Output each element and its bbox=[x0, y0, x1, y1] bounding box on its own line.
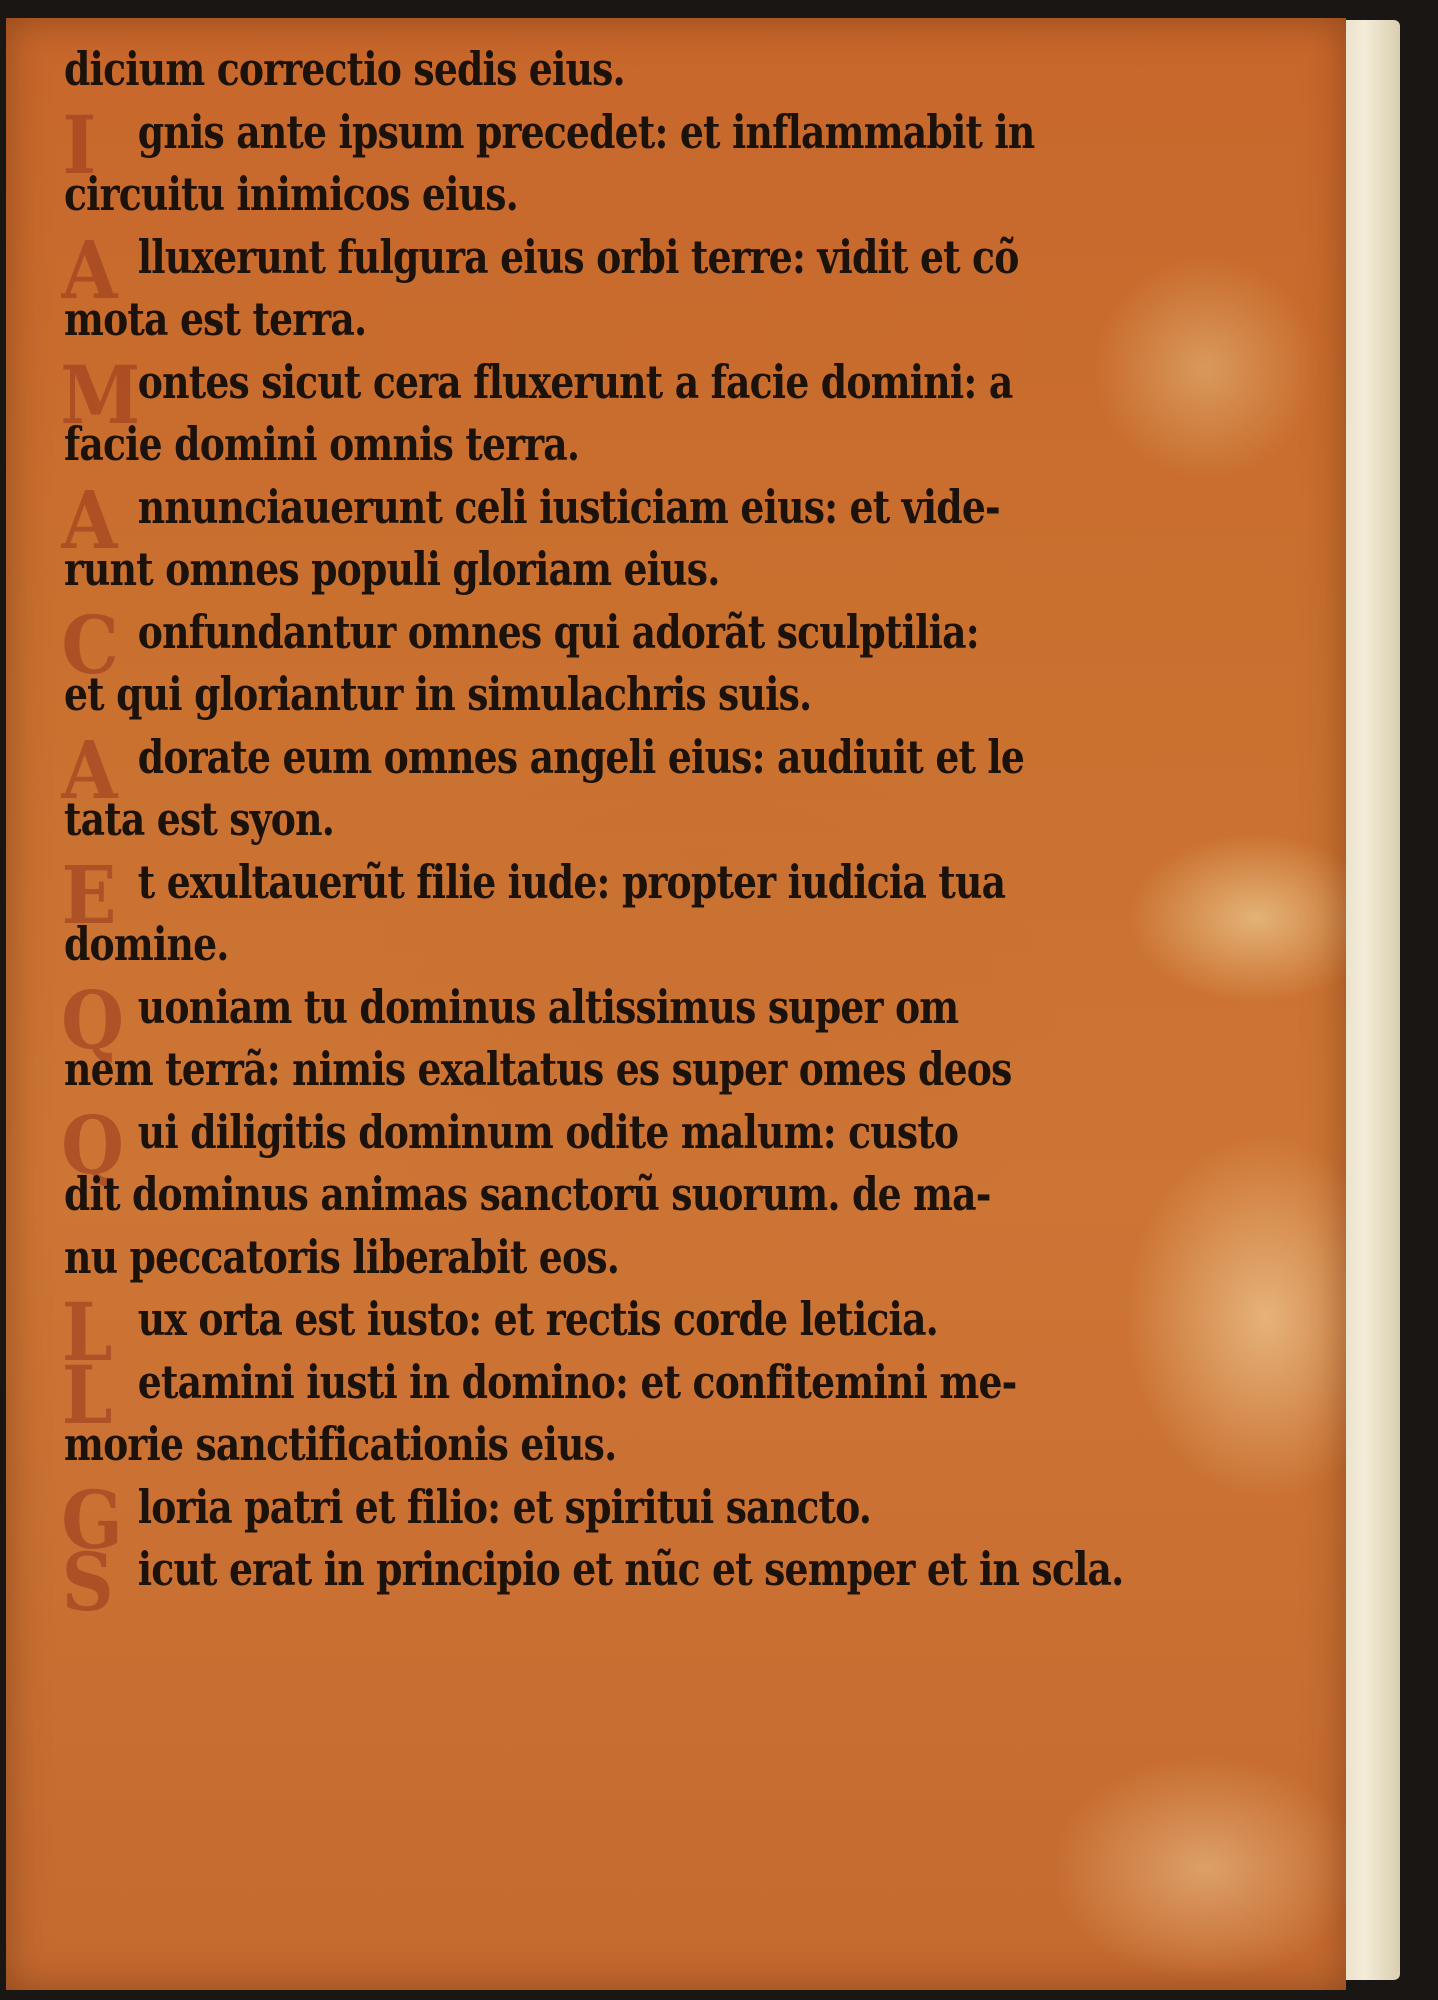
text-line: nem terrã: nimis exaltatus es super omes… bbox=[64, 1038, 1081, 1101]
line-text: ontes sicut cera fluxerunt a facie domin… bbox=[138, 355, 1013, 409]
line-text: gnis ante ipsum precedet: et inflammabit… bbox=[138, 105, 1035, 159]
line-text: nnunciauerunt celi iusticiam eius: et vi… bbox=[138, 480, 1000, 534]
line-text: et qui gloriantur in simulachris suis. bbox=[64, 667, 811, 721]
line-text: dorate eum omnes angeli eius: audiuit et… bbox=[138, 730, 1024, 784]
text-line: Gloria patri et filio: et spiritui sanct… bbox=[64, 1476, 1081, 1539]
page-edges bbox=[1340, 20, 1400, 1980]
text-line: Qui diligitis dominum odite malum: custo bbox=[64, 1101, 1081, 1164]
line-text: circuitu inimicos eius. bbox=[64, 167, 518, 221]
text-line: Et exultauerũt filie iude: propter iudic… bbox=[64, 851, 1081, 914]
line-text: loria patri et filio: et spiritui sancto… bbox=[138, 1480, 871, 1534]
line-text: ui diligitis dominum odite malum: custo bbox=[138, 1105, 958, 1159]
text-line: mota est terra. bbox=[64, 288, 1081, 351]
line-text: mota est terra. bbox=[64, 292, 366, 346]
text-line: Quoniam tu dominus altissimus super om bbox=[64, 976, 1081, 1039]
text-line: domine. bbox=[64, 913, 1081, 976]
line-text: nu peccatoris liberabit eos. bbox=[64, 1230, 619, 1284]
line-text: morie sanctificationis eius. bbox=[64, 1417, 616, 1471]
text-line: et qui gloriantur in simulachris suis. bbox=[64, 663, 1081, 726]
line-text: nem terrã: nimis exaltatus es super omes… bbox=[64, 1042, 1012, 1096]
text-line: dicium correctio sedis eius. bbox=[64, 38, 1081, 101]
line-text: runt omnes populi gloriam eius. bbox=[64, 542, 720, 596]
text-line: Annunciauerunt celi iusticiam eius: et v… bbox=[64, 476, 1081, 539]
line-text: etamini iusti in domino: et confitemini … bbox=[138, 1355, 1017, 1409]
text-line: Lux orta est iusto: et rectis corde leti… bbox=[64, 1288, 1081, 1351]
rubricated-initial: S bbox=[62, 1542, 113, 1622]
text-line: nu peccatoris liberabit eos. bbox=[64, 1226, 1081, 1289]
text-line: Sicut erat in principio et nũc et semper… bbox=[64, 1538, 1081, 1601]
text-line: tata est syon. bbox=[64, 788, 1081, 851]
line-text: domine. bbox=[64, 917, 229, 971]
line-text: uoniam tu dominus altissimus super om bbox=[138, 980, 959, 1034]
line-text: facie domini omnis terra. bbox=[64, 417, 579, 471]
line-text: tata est syon. bbox=[64, 792, 334, 846]
manuscript-page: dicium correctio sedis eius.Ignis ante i… bbox=[6, 18, 1346, 1990]
text-line: Letamini iusti in domino: et confitemini… bbox=[64, 1351, 1081, 1414]
text-line: runt omnes populi gloriam eius. bbox=[64, 538, 1081, 601]
line-text: lluxerunt fulgura eius orbi terre: vidit… bbox=[138, 230, 1019, 284]
line-text: dicium correctio sedis eius. bbox=[64, 42, 625, 96]
text-line: dit dominus animas sanctorũ suorum. de m… bbox=[64, 1163, 1081, 1226]
text-line: Confundantur omnes qui adorãt sculptilia… bbox=[64, 601, 1081, 664]
line-text: onfundantur omnes qui adorãt sculptilia: bbox=[138, 605, 979, 659]
text-line: facie domini omnis terra. bbox=[64, 413, 1081, 476]
line-text: ux orta est iusto: et rectis corde letic… bbox=[138, 1292, 938, 1346]
text-line: Ignis ante ipsum precedet: et inflammabi… bbox=[64, 101, 1081, 164]
text-line: morie sanctificationis eius. bbox=[64, 1413, 1081, 1476]
line-text: dit dominus animas sanctorũ suorum. de m… bbox=[64, 1167, 991, 1221]
line-text: icut erat in principio et nũc et semper … bbox=[138, 1542, 1124, 1596]
text-line: Alluxerunt fulgura eius orbi terre: vidi… bbox=[64, 226, 1081, 289]
text-block: dicium correctio sedis eius.Ignis ante i… bbox=[64, 38, 1304, 1601]
text-line: Montes sicut cera fluxerunt a facie domi… bbox=[64, 351, 1081, 414]
text-line: Adorate eum omnes angeli eius: audiuit e… bbox=[64, 726, 1081, 789]
line-text: t exultauerũt filie iude: propter iudici… bbox=[138, 855, 1005, 909]
text-line: circuitu inimicos eius. bbox=[64, 163, 1081, 226]
